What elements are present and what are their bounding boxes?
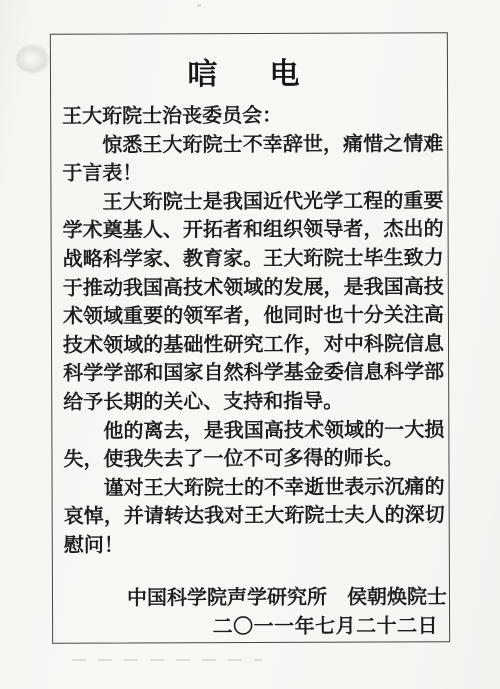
scanned-document-page: 唁 电 王大珩院士治丧委员会： 惊悉王大珩院士不幸辞世，痛惜之情难于言表！ 王大… xyxy=(0,0,500,689)
scan-streak-artifact xyxy=(72,659,262,661)
scan-speck-artifact xyxy=(197,4,201,7)
scan-smudge-artifact xyxy=(16,44,50,74)
letter-signature: 中国科学院声学研究所 侯朝焕院士 xyxy=(53,582,447,612)
letter-paragraph-3: 他的离去，是我国高技术领域的一大损失，使我失去了一位不可多得的师长。 xyxy=(63,415,444,474)
letter-date: 二〇一一年七月二十二日 xyxy=(53,611,438,641)
letter-border-frame: 唁 电 王大珩院士治丧委员会： 惊悉王大珩院士不幸辞世，痛惜之情难于言表！ 王大… xyxy=(50,32,450,644)
letter-paragraph-4: 谨对王大珩院士的不幸逝世表示沉痛的哀悼，并请转达我对王大珩院士夫人的深切慰问！ xyxy=(64,472,445,559)
letter-title: 唁 电 xyxy=(51,57,447,93)
letter-body: 王大珩院士治丧委员会： 惊悉王大珩院士不幸辞世，痛惜之情难于言表！ 王大珩院士是… xyxy=(62,100,445,559)
letter-salutation: 王大珩院士治丧委员会： xyxy=(62,100,443,130)
letter-paragraph-1: 惊悉王大珩院士不幸辞世，痛惜之情难于言表！ xyxy=(62,129,443,188)
letter-paragraph-2: 王大珩院士是我国近代光学工程的重要学术奠基人、开拓者和组织领导者，杰出的战略科学… xyxy=(62,186,444,416)
